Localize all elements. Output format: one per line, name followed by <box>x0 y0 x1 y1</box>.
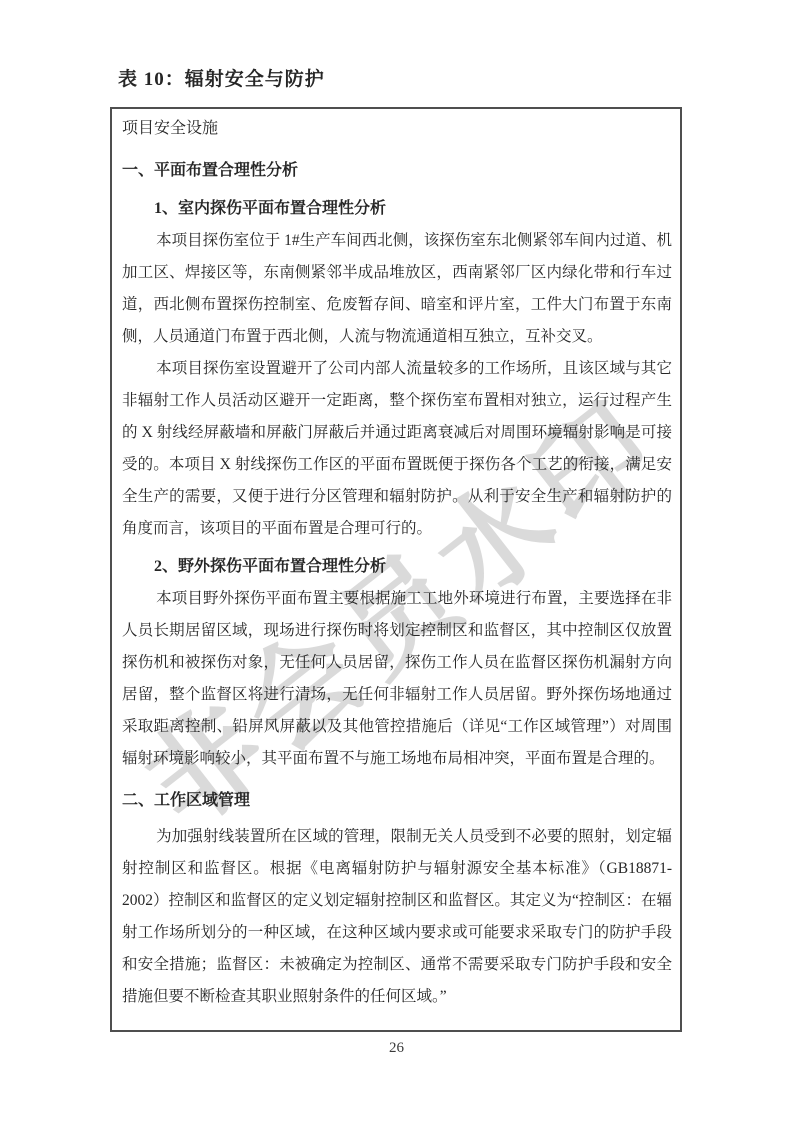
paragraph-work-area-management: 为加强射线装置所在区域的管理，限制无关人员受到不必要的照射，划定辐射控制区和监督… <box>122 821 672 1013</box>
table-header: 项目安全设施 <box>122 113 672 145</box>
section-1-heading: 一、平面布置合理性分析 <box>122 155 672 187</box>
paragraph-indoor-layout-2: 本项目探伤室设置避开了公司内部人流量较多的工作场所，且该区域与其它非辐射工作人员… <box>122 353 672 545</box>
page-title: 表 10：辐射安全与防护 <box>118 64 325 91</box>
paragraph-indoor-layout-1: 本项目探伤室位于 1#生产车间西北侧，该探伤室东北侧紧邻车间内过道、机加工区、焊… <box>122 225 672 353</box>
section-2-heading: 二、工作区域管理 <box>122 785 672 817</box>
page-number: 26 <box>0 1040 793 1057</box>
subsection-1-heading: 1、室内探伤平面布置合理性分析 <box>122 193 672 225</box>
subsection-2-heading: 2、野外探伤平面布置合理性分析 <box>122 551 672 583</box>
paragraph-field-layout: 本项目野外探伤平面布置主要根据施工工地外环境进行布置，主要选择在非人员长期居留区… <box>122 583 672 775</box>
safety-table: 项目安全设施 一、平面布置合理性分析 1、室内探伤平面布置合理性分析 本项目探伤… <box>110 107 682 1032</box>
